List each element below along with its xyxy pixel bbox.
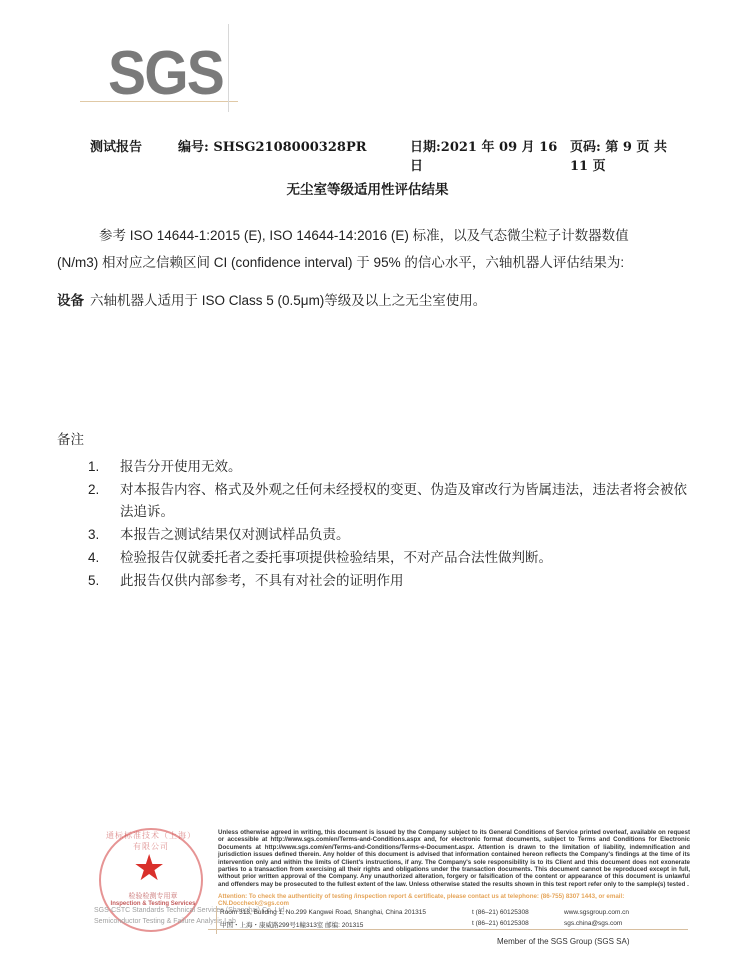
website: www.sgsgroup.com.cn — [564, 909, 629, 916]
section-title: 无尘室等级适用性评估结果 — [0, 178, 735, 198]
evaluation-paragraph: 参考 ISO 14644-1:2015 (E), ISO 14644-14:20… — [57, 222, 687, 276]
note-item: 3.本报告之测试结果仅对测试样品负责。 — [88, 524, 688, 546]
notes-label: 备注 — [57, 428, 84, 448]
address-cn: 中国・上海・康威路299号1幢313室 邮编: 201315 — [220, 920, 472, 929]
equipment-text: 六轴机器人适用于 ISO Class 5 (0.5μm)等级及以上之无尘室使用。 — [90, 293, 486, 308]
note-item: 5.此报告仅供内部参考，不具有对社会的证明作用 — [88, 570, 688, 592]
member-statement: Member of the SGS Group (SGS SA) — [497, 937, 630, 946]
address-en: Room 313, Building 1, No.299 Kangwei Roa… — [220, 909, 472, 916]
equipment-label: 设备 — [57, 293, 84, 308]
note-item: 2.对本报告内容、格式及外观之任何未经授权的变更、伪造及窜改行为皆属违法，违法者… — [88, 479, 688, 523]
legal-disclaimer: Unless otherwise agreed in writing, this… — [218, 829, 690, 888]
stamp-cn-text: 检验检测专用章 — [113, 891, 193, 901]
address-row-cn: 中国・上海・康威路299号1幢313室 邮编: 201315 t (86–21)… — [220, 920, 622, 929]
authenticity-notice: Attention: To check the authenticity of … — [218, 893, 690, 908]
logo-underline — [80, 101, 238, 102]
report-header: 测试报告 编号: SHSG2108000328PR 日期:2021 年 09 月… — [90, 136, 680, 174]
email: sgs.china@sgs.com — [564, 920, 622, 929]
paragraph-line-1: 参考 ISO 14644-1:2015 (E), ISO 14644-14:20… — [99, 228, 629, 243]
equipment-result: 设备六轴机器人适用于 ISO Class 5 (0.5μm)等级及以上之无尘室使… — [57, 289, 486, 309]
paragraph-line-2: (N/m3) 相对应之信赖区间 CI (confidence interval)… — [57, 249, 687, 276]
sgs-logo-text: SGS — [108, 38, 223, 110]
logo-divider — [228, 24, 229, 112]
report-number: 编号: SHSG2108000328PR — [178, 136, 410, 155]
address-row-en: Room 313, Building 1, No.299 Kangwei Roa… — [220, 909, 629, 916]
notes-list: 1.报告分开使用无效。 2.对本报告内容、格式及外观之任何未经授权的变更、伪造及… — [88, 456, 688, 593]
phone: t (86–21) 60125308 — [472, 909, 564, 916]
phone: t (86–21) 60125308 — [472, 920, 564, 929]
report-title: 测试报告 — [90, 136, 178, 155]
note-item: 1.报告分开使用无效。 — [88, 456, 688, 478]
note-item: 4.检验报告仅就委托者之委托事项提供检验结果，不对产品合法性做判断。 — [88, 547, 688, 569]
star-icon: ★ — [133, 850, 165, 886]
report-date: 日期:2021 年 09 月 16 日 — [410, 136, 570, 174]
footer-rule — [208, 929, 688, 930]
page-number: 页码: 第 9 页 共 11 页 — [570, 136, 680, 174]
sgs-logo: SGS — [80, 38, 240, 118]
